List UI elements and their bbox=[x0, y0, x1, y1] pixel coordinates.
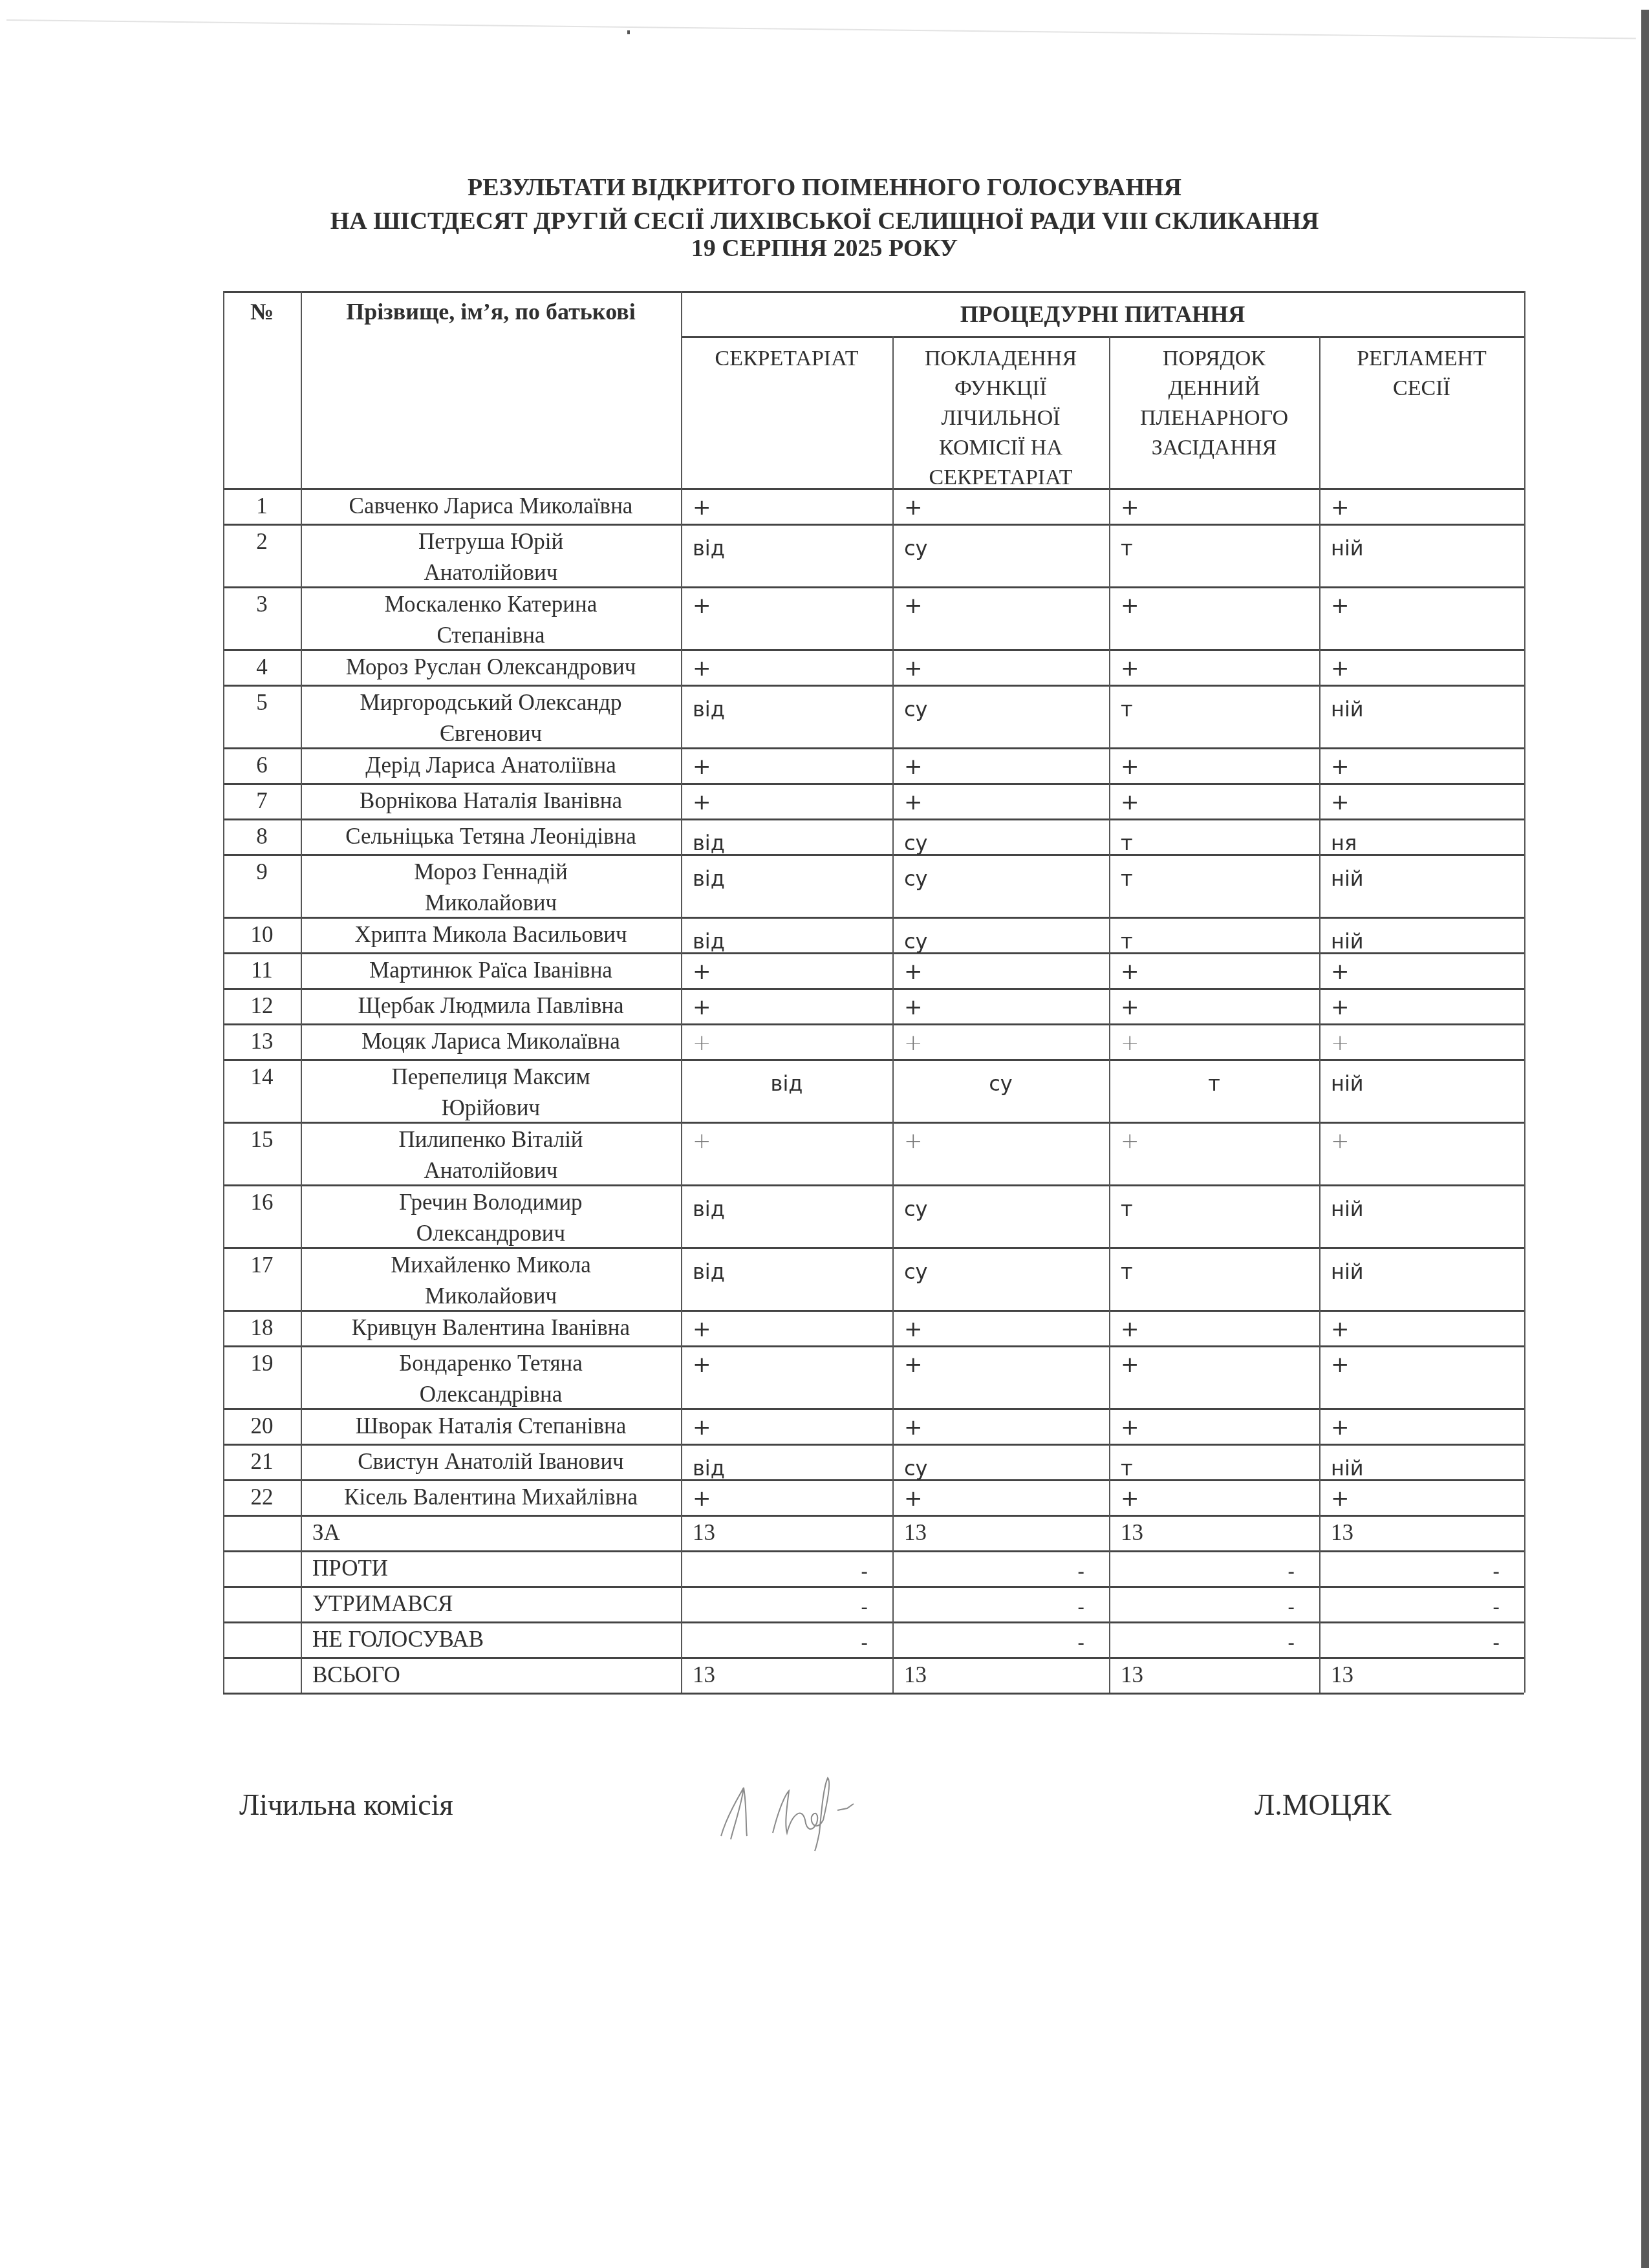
vote-cell: від bbox=[681, 926, 892, 955]
vote-cell: + bbox=[892, 1412, 1109, 1441]
vote-cell: від bbox=[681, 533, 892, 589]
row-number: 21 bbox=[223, 1446, 301, 1482]
table-rule bbox=[223, 291, 1524, 293]
summary-value: - bbox=[1109, 1557, 1319, 1589]
row-name: Шворак Наталія Степанівна bbox=[301, 1411, 681, 1446]
vote-cell: + bbox=[681, 1314, 892, 1343]
vote-cell: су bbox=[892, 1453, 1109, 1482]
row-name: Михайленко МиколаМиколайович bbox=[301, 1250, 681, 1312]
vote-cell: від bbox=[681, 863, 892, 919]
vote-cell: су bbox=[892, 1068, 1109, 1124]
vote-cell: + bbox=[892, 1027, 1109, 1056]
summary-label: НЕ ГОЛОСУВАВ bbox=[301, 1624, 681, 1660]
row-name: Дерід Лариса Анатоліївна bbox=[301, 750, 681, 786]
vote-cell: + bbox=[681, 992, 892, 1021]
row-name: Ворнікова Наталія Іванівна bbox=[301, 786, 681, 821]
vote-cell: + bbox=[1319, 1027, 1524, 1056]
vote-cell: + bbox=[1319, 1126, 1524, 1182]
row-name: Савченко Лариса Миколаївна bbox=[301, 491, 681, 526]
vote-cell: + bbox=[892, 492, 1109, 521]
vote-cell: ній bbox=[1319, 1256, 1524, 1312]
vote-cell: + bbox=[1109, 1412, 1319, 1441]
vote-cell: су bbox=[892, 863, 1109, 919]
row-name: Щербак Людмила Павлівна bbox=[301, 990, 681, 1026]
vote-cell: від bbox=[681, 1453, 892, 1482]
vote-cell: т bbox=[1109, 926, 1319, 955]
summary-value: - bbox=[681, 1557, 892, 1589]
summary-value: - bbox=[1319, 1592, 1524, 1624]
handwritten-signature bbox=[708, 1775, 921, 1852]
row-name: Гречин ВолодимирОлександрович bbox=[301, 1187, 681, 1250]
vote-cell: від bbox=[681, 828, 892, 857]
vote-cell: + bbox=[1319, 1412, 1524, 1441]
vote-cell: + bbox=[1319, 653, 1524, 682]
row-name: Мороз ГеннадійМиколайович bbox=[301, 857, 681, 919]
vote-cell: + bbox=[681, 751, 892, 780]
summary-value: - bbox=[892, 1592, 1109, 1624]
vote-cell: т bbox=[1109, 1193, 1319, 1250]
header-name: Прізвище, ім’я, по батькові bbox=[301, 296, 681, 335]
vote-cell: + bbox=[1319, 492, 1524, 521]
row-number: 11 bbox=[223, 955, 301, 990]
row-number: 1 bbox=[223, 491, 301, 526]
row-number: 20 bbox=[223, 1411, 301, 1446]
vote-cell: + bbox=[1109, 1483, 1319, 1512]
row-number: 13 bbox=[223, 1026, 301, 1062]
vote-cell: + bbox=[1109, 992, 1319, 1021]
vote-cell: ній bbox=[1319, 533, 1524, 589]
header-procedural-questions: ПРОЦЕДУРНІ ПИТАННЯ bbox=[681, 299, 1524, 334]
vote-cell: су bbox=[892, 1193, 1109, 1250]
row-number: 16 bbox=[223, 1187, 301, 1250]
vote-cell: від bbox=[681, 1068, 892, 1124]
row-name: Хрипта Микола Васильович bbox=[301, 919, 681, 955]
vote-cell: + bbox=[1109, 787, 1319, 816]
vote-cell: ній bbox=[1319, 926, 1524, 955]
row-number: 5 bbox=[223, 687, 301, 750]
voting-results-table: №Прізвище, ім’я, по батьковіПРОЦЕДУРНІ П… bbox=[223, 291, 1524, 1693]
vote-cell: су bbox=[892, 694, 1109, 750]
vote-cell: + bbox=[892, 751, 1109, 780]
vote-cell: + bbox=[1319, 751, 1524, 780]
header-question-1: СЕКРЕТАРІАТ bbox=[681, 344, 892, 488]
vote-cell: т bbox=[1109, 863, 1319, 919]
row-name: Миргородський ОлександрЄвгенович bbox=[301, 687, 681, 750]
vote-cell: від bbox=[681, 1193, 892, 1250]
vote-cell: т bbox=[1109, 533, 1319, 589]
vote-cell: ня bbox=[1319, 828, 1524, 857]
vote-cell: су bbox=[892, 533, 1109, 589]
vote-cell: + bbox=[892, 956, 1109, 985]
document-title-line2: НА ШІСТДЕСЯТ ДРУГІЙ СЕСІЇ ЛИХІВСЬКОЇ СЕЛ… bbox=[0, 207, 1649, 235]
vote-cell: + bbox=[1109, 1027, 1319, 1056]
summary-value: - bbox=[892, 1628, 1109, 1660]
row-number: 7 bbox=[223, 786, 301, 821]
summary-value: 13 bbox=[892, 1660, 1109, 1691]
summary-value: - bbox=[1109, 1592, 1319, 1624]
vote-cell: + bbox=[892, 1483, 1109, 1512]
row-number: 2 bbox=[223, 526, 301, 589]
vote-cell: + bbox=[1319, 787, 1524, 816]
vote-cell: су bbox=[892, 828, 1109, 857]
header-question-4: РЕГЛАМЕНТСЕСІЇ bbox=[1319, 344, 1524, 488]
summary-value: 13 bbox=[1319, 1660, 1524, 1691]
row-number: 8 bbox=[223, 821, 301, 857]
commission-label: Лічильна комісія bbox=[239, 1788, 453, 1822]
vote-cell: ній bbox=[1319, 1193, 1524, 1250]
summary-value: 13 bbox=[681, 1517, 892, 1549]
row-name: Свистун Анатолій Іванович bbox=[301, 1446, 681, 1482]
summary-value: 13 bbox=[892, 1517, 1109, 1549]
row-number: 17 bbox=[223, 1250, 301, 1312]
vote-cell: + bbox=[1109, 1349, 1319, 1406]
vote-cell: + bbox=[892, 992, 1109, 1021]
summary-value: 13 bbox=[681, 1660, 892, 1691]
summary-value: - bbox=[681, 1592, 892, 1624]
summary-value: - bbox=[892, 1557, 1109, 1589]
vote-cell: т bbox=[1109, 828, 1319, 857]
vote-cell: су bbox=[892, 1256, 1109, 1312]
vote-cell: + bbox=[681, 1483, 892, 1512]
vote-cell: + bbox=[681, 653, 892, 682]
row-name: Пилипенко ВіталійАнатолійович bbox=[301, 1124, 681, 1187]
vote-cell: + bbox=[1109, 590, 1319, 647]
row-name: Бондаренко ТетянаОлександрівна bbox=[301, 1348, 681, 1411]
document-date: 19 СЕРПНЯ 2025 РОКУ bbox=[0, 234, 1649, 262]
summary-label: УТРИМАВСЯ bbox=[301, 1589, 681, 1624]
vote-cell: + bbox=[681, 1027, 892, 1056]
vote-cell: + bbox=[1109, 751, 1319, 780]
scan-artifact-line bbox=[6, 19, 1636, 39]
vote-cell: + bbox=[892, 590, 1109, 647]
summary-value: - bbox=[681, 1628, 892, 1660]
vote-cell: + bbox=[681, 956, 892, 985]
scan-speck bbox=[627, 30, 630, 34]
summary-value: - bbox=[1319, 1628, 1524, 1660]
vote-cell: + bbox=[1319, 590, 1524, 647]
row-number: 22 bbox=[223, 1482, 301, 1517]
header-question-2: ПОКЛАДЕННЯФУНКЦІЇЛІЧИЛЬНОЇКОМІСІЇ НАСЕКР… bbox=[892, 344, 1109, 488]
row-name: Перепелиця МаксимЮрійович bbox=[301, 1062, 681, 1124]
vote-cell: + bbox=[681, 1126, 892, 1182]
vote-cell: + bbox=[681, 1349, 892, 1406]
vote-cell: + bbox=[1109, 1126, 1319, 1182]
vote-cell: + bbox=[681, 590, 892, 647]
table-rule bbox=[681, 336, 1524, 338]
row-number: 14 bbox=[223, 1062, 301, 1124]
row-name: Мартинюк Раїса Іванівна bbox=[301, 955, 681, 990]
summary-value: 13 bbox=[1109, 1660, 1319, 1691]
vote-cell: ній bbox=[1319, 863, 1524, 919]
vote-cell: ній bbox=[1319, 1068, 1524, 1124]
vote-cell: т bbox=[1109, 694, 1319, 750]
vote-cell: т bbox=[1109, 1256, 1319, 1312]
row-name: Мороз Руслан Олександрович bbox=[301, 652, 681, 687]
vote-cell: + bbox=[892, 1314, 1109, 1343]
vote-cell: + bbox=[1319, 956, 1524, 985]
vote-cell: + bbox=[892, 653, 1109, 682]
document-title-line1: РЕЗУЛЬТАТИ ВІДКРИТОГО ПОІМЕННОГО ГОЛОСУВ… bbox=[0, 173, 1649, 202]
vote-cell: + bbox=[1109, 956, 1319, 985]
vote-cell: + bbox=[1109, 1314, 1319, 1343]
summary-value: - bbox=[1109, 1628, 1319, 1660]
vote-cell: + bbox=[1109, 653, 1319, 682]
row-name: Сельніцька Тетяна Леонідівна bbox=[301, 821, 681, 857]
row-number: 4 bbox=[223, 652, 301, 687]
summary-label: ЗА bbox=[301, 1517, 681, 1553]
vote-cell: т bbox=[1109, 1068, 1319, 1124]
vote-cell: від bbox=[681, 694, 892, 750]
vote-cell: ній bbox=[1319, 1453, 1524, 1482]
vote-cell: + bbox=[1319, 1483, 1524, 1512]
vote-cell: + bbox=[1319, 1349, 1524, 1406]
vote-cell: + bbox=[681, 492, 892, 521]
row-number: 19 bbox=[223, 1348, 301, 1411]
vote-cell: + bbox=[892, 1349, 1109, 1406]
row-number: 6 bbox=[223, 750, 301, 786]
vote-cell: + bbox=[681, 787, 892, 816]
vote-cell: + bbox=[1319, 992, 1524, 1021]
vote-cell: + bbox=[1109, 492, 1319, 521]
row-number: 10 bbox=[223, 919, 301, 955]
summary-label: ПРОТИ bbox=[301, 1553, 681, 1589]
table-rule bbox=[223, 488, 1524, 490]
vote-cell: + bbox=[892, 787, 1109, 816]
table-rule bbox=[1524, 291, 1525, 1693]
row-number: 12 bbox=[223, 990, 301, 1026]
row-number: 15 bbox=[223, 1124, 301, 1187]
header-question-3: ПОРЯДОКДЕННИЙПЛЕНАРНОГОЗАСІДАННЯ bbox=[1109, 344, 1319, 488]
row-name: Моцяк Лариса Миколаївна bbox=[301, 1026, 681, 1062]
summary-label: ВСЬОГО bbox=[301, 1660, 681, 1695]
row-name: Кривцун Валентина Іванівна bbox=[301, 1312, 681, 1348]
vote-cell: ній bbox=[1319, 694, 1524, 750]
row-number: 18 bbox=[223, 1312, 301, 1348]
row-name: Москаленко КатеринаСтепанівна bbox=[301, 589, 681, 652]
signatory-name: Л.МОЦЯК bbox=[1255, 1788, 1391, 1822]
row-number: 3 bbox=[223, 589, 301, 652]
vote-cell: т bbox=[1109, 1453, 1319, 1482]
header-number: № bbox=[223, 296, 301, 335]
row-name: Петруша ЮрійАнатолійович bbox=[301, 526, 681, 589]
summary-value: 13 bbox=[1109, 1517, 1319, 1549]
vote-cell: від bbox=[681, 1256, 892, 1312]
vote-cell: + bbox=[681, 1412, 892, 1441]
scan-edge bbox=[1641, 10, 1649, 2268]
vote-cell: + bbox=[892, 1126, 1109, 1182]
vote-cell: су bbox=[892, 926, 1109, 955]
row-number: 9 bbox=[223, 857, 301, 919]
summary-value: 13 bbox=[1319, 1517, 1524, 1549]
row-name: Кісель Валентина Михайлівна bbox=[301, 1482, 681, 1517]
summary-value: - bbox=[1319, 1557, 1524, 1589]
vote-cell: + bbox=[1319, 1314, 1524, 1343]
